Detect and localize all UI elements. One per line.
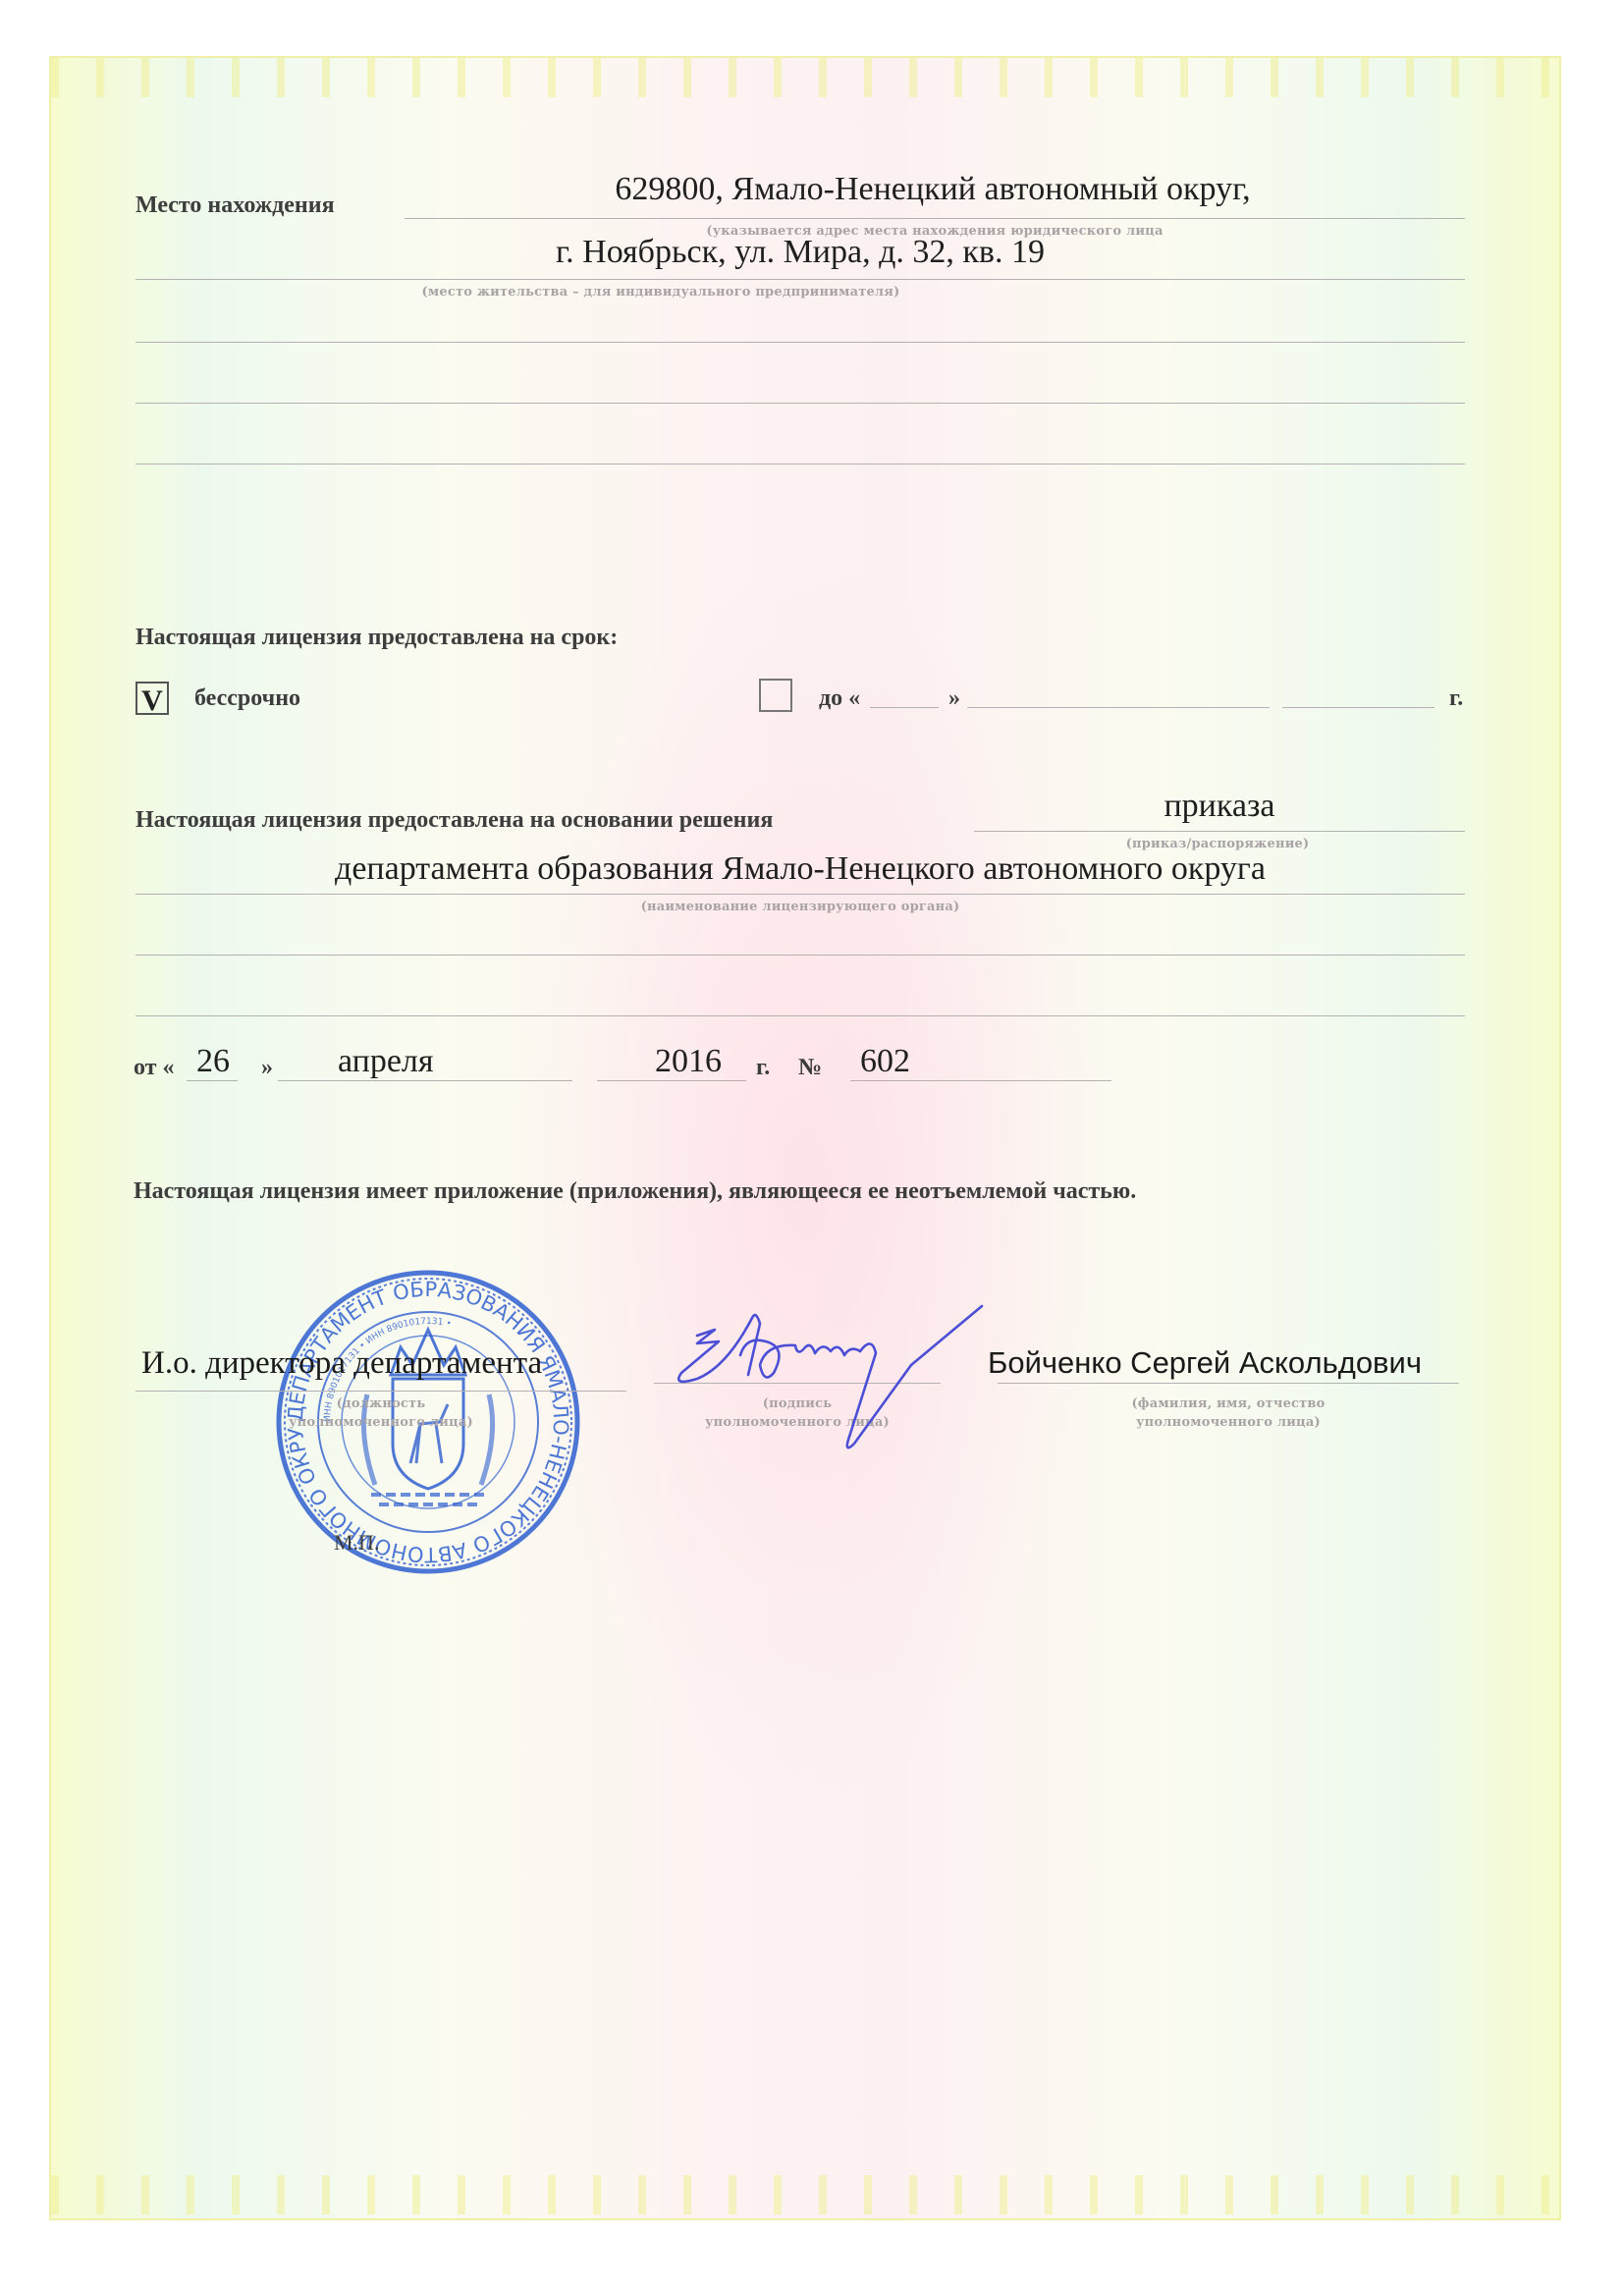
basis-authority-hint: (наименование лицензирующего органа) bbox=[135, 900, 1465, 914]
blank-rule-4 bbox=[135, 955, 1465, 956]
license-sheet bbox=[49, 56, 1561, 2220]
date-quote-close: » bbox=[261, 1055, 273, 1081]
signatory-position: И.о. директора департамента bbox=[141, 1345, 542, 1382]
until-quote-close: » bbox=[948, 685, 960, 712]
seal-place-label: М.П. bbox=[334, 1530, 379, 1556]
blank-rule-5 bbox=[135, 1015, 1465, 1016]
guilloche-band-top bbox=[51, 58, 1555, 97]
indefinite-checkbox[interactable]: V bbox=[135, 682, 169, 715]
location-hint-2: (место жительства – для индивидуального … bbox=[135, 285, 1186, 300]
until-prefix: до « bbox=[819, 685, 860, 712]
date-year-rule bbox=[597, 1080, 746, 1081]
basis-doc-type-hint: (приказ/распоряжение) bbox=[1080, 837, 1355, 851]
location-line-2: г. Ноябрьск, ул. Мира, д. 32, кв. 19 bbox=[135, 234, 1465, 271]
guilloche-band-bottom bbox=[51, 2175, 1555, 2214]
signatory-name-hint-2: уполномоченного лица) bbox=[1096, 1415, 1361, 1430]
location-label: Место нахождения bbox=[135, 192, 335, 219]
blank-rule-1 bbox=[135, 342, 1465, 343]
indefinite-label: бессрочно bbox=[194, 685, 300, 712]
location-line-2-rule bbox=[135, 279, 1465, 280]
basis-heading: Настоящая лицензия предоставлена на осно… bbox=[135, 807, 773, 834]
term-heading: Настоящая лицензия предоставлена на срок… bbox=[135, 625, 618, 651]
until-year-field[interactable] bbox=[1282, 707, 1435, 708]
decision-number-rule bbox=[850, 1080, 1111, 1081]
signatory-name: Бойченко Сергей Аскольдович bbox=[988, 1345, 1422, 1381]
signatory-name-hint-1: (фамилия, имя, отчество bbox=[1096, 1396, 1361, 1411]
decision-number: 602 bbox=[860, 1043, 910, 1080]
signatory-position-hint-1: (должность bbox=[234, 1396, 528, 1411]
signatory-position-hint-2: уполномоченного лица) bbox=[234, 1415, 528, 1430]
handwritten-signature-icon bbox=[658, 1296, 1021, 1463]
basis-doc-type: приказа bbox=[974, 788, 1465, 825]
appendix-note: Настоящая лицензия имеет приложение (при… bbox=[134, 1178, 1136, 1205]
blank-rule-3 bbox=[135, 464, 1465, 465]
number-sign: № bbox=[798, 1055, 822, 1081]
blank-rule-2 bbox=[135, 403, 1465, 404]
date-prefix: от « bbox=[134, 1055, 174, 1081]
date-year: 2016 bbox=[655, 1043, 722, 1080]
date-year-suffix: г. bbox=[756, 1055, 770, 1081]
until-day-field[interactable] bbox=[870, 707, 939, 708]
date-day: 26 bbox=[196, 1043, 230, 1080]
location-line-1-rule bbox=[405, 218, 1465, 219]
basis-doc-type-rule bbox=[974, 831, 1465, 832]
until-checkbox[interactable] bbox=[759, 679, 792, 712]
date-month-rule bbox=[278, 1080, 572, 1081]
location-line-1: 629800, Ямало-Ненецкий автономный округ, bbox=[403, 171, 1463, 208]
basis-authority-rule bbox=[135, 894, 1465, 895]
until-year-suffix: г. bbox=[1449, 685, 1463, 712]
signatory-name-rule bbox=[998, 1383, 1459, 1384]
date-month: апреля bbox=[338, 1043, 434, 1080]
date-day-rule bbox=[187, 1080, 238, 1081]
until-month-field[interactable] bbox=[967, 707, 1270, 708]
basis-authority: департамента образования Ямало-Ненецкого… bbox=[135, 850, 1465, 888]
signatory-position-rule bbox=[135, 1391, 626, 1392]
